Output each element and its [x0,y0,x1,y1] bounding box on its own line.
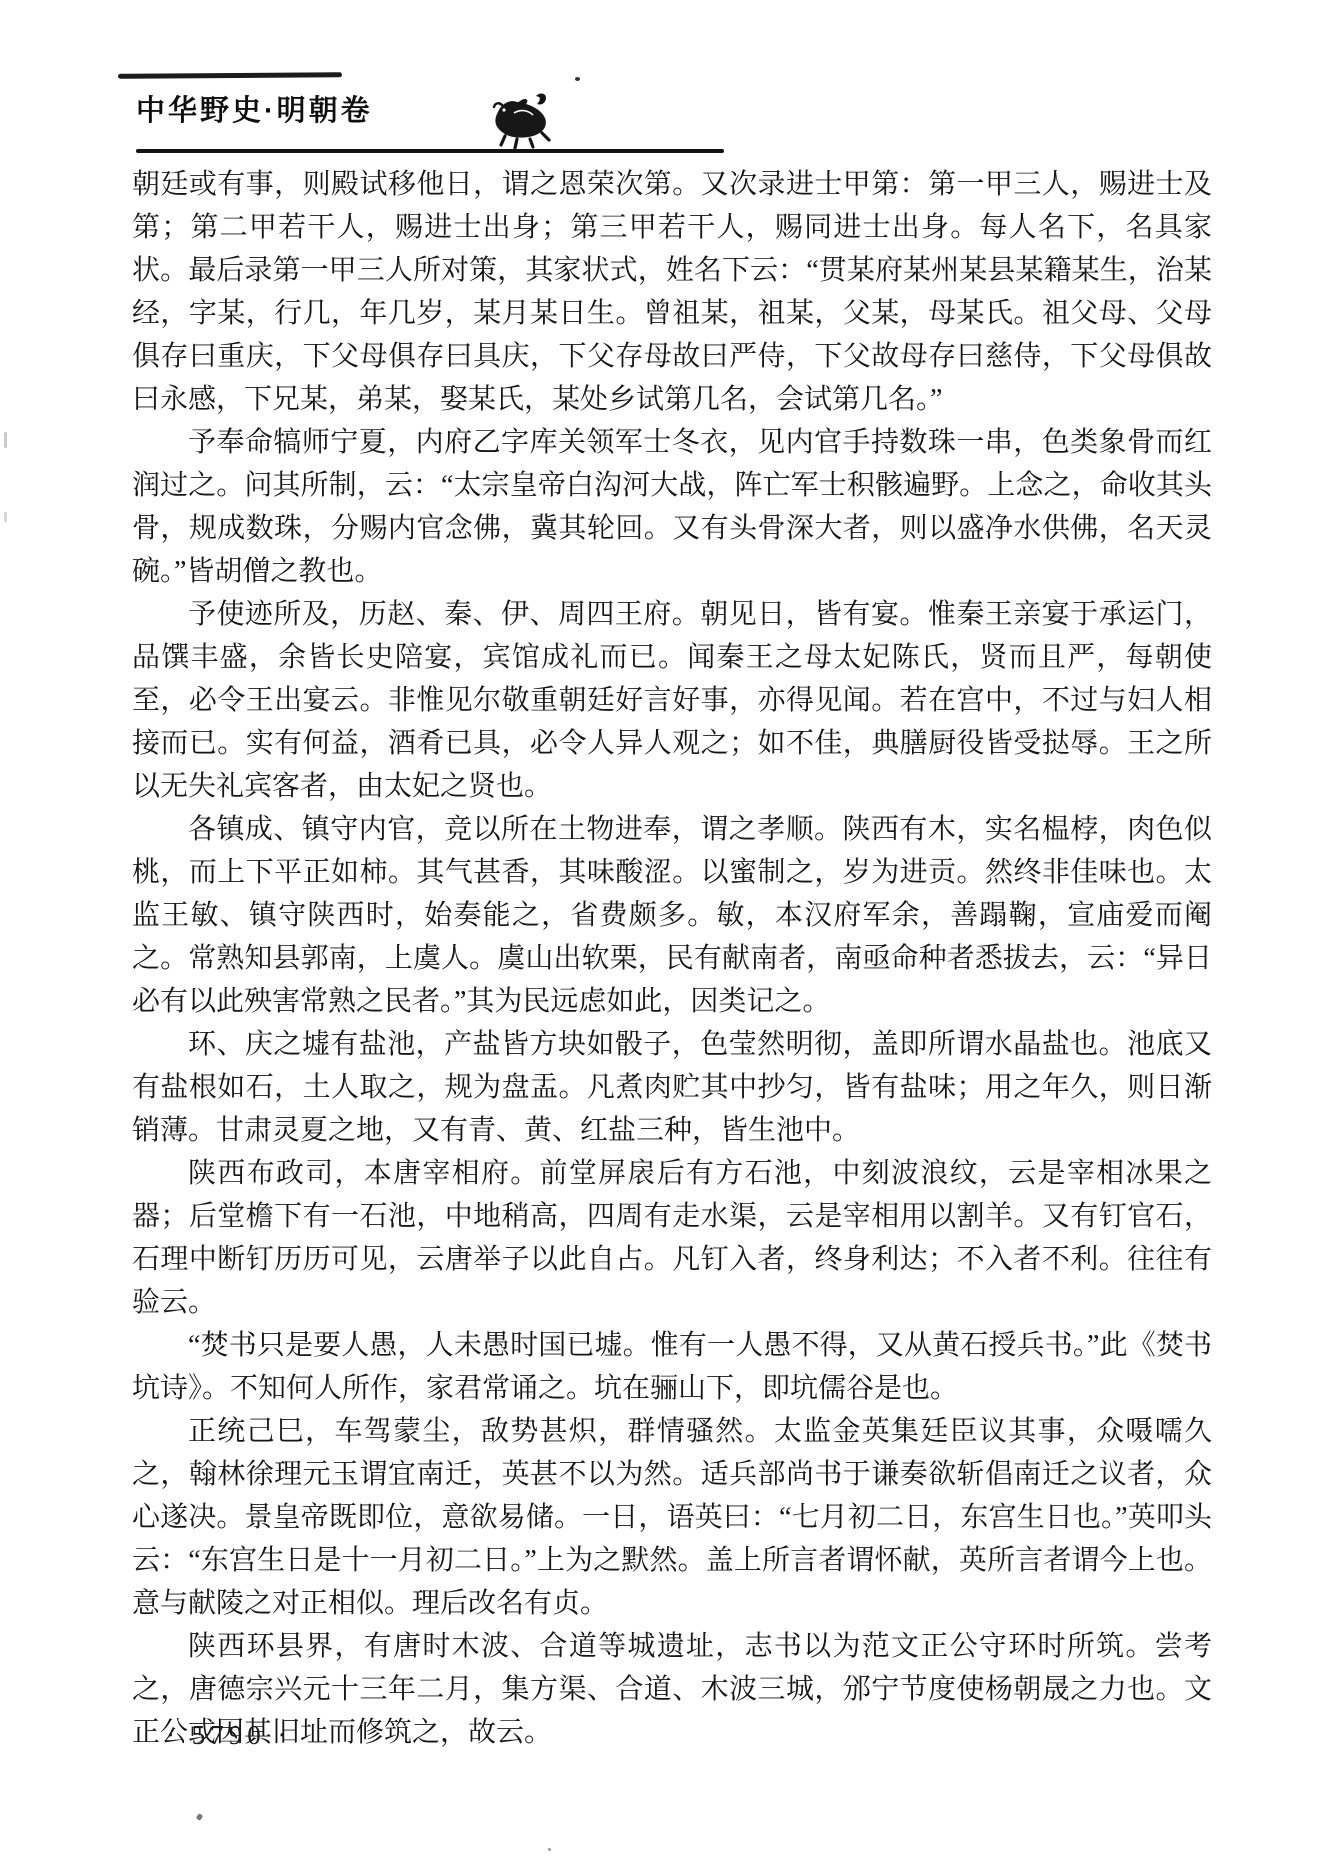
scan-artifact-dot [575,77,580,81]
book-title: 中华野史·明朝卷 [136,88,373,129]
dragon-illustration-icon [490,90,552,150]
paragraph: 正统己巳，车驾蒙尘，敌势甚炽，群情骚然。太监金英集廷臣议其事，众嗫嚅久之，翰林徐… [132,1410,1212,1625]
paragraph: 各镇成、镇守内官，竞以所在土物进奉，谓之孝顺。陕西有木，实名榅桲，肉色似桃，而上… [132,808,1212,1023]
scan-artifact-edge-mark [4,432,7,448]
header-rule [136,149,724,153]
paragraph: 予使迹所及，历赵、秦、伊、周四王府。朝见日，皆有宴。惟秦王亲宴于承运门，品馔丰盛… [132,593,1212,808]
paragraph: 朝廷或有事，则殿试移他日，谓之恩荣次第。又次录进士甲第：第一甲三人，赐进士及第；… [132,163,1212,421]
paragraph: 予奉命犒师宁夏，内府乙字库关领军士冬衣，见内官手持数珠一串，色类象骨而红润过之。… [132,421,1212,593]
paragraph: 陕西环县界，有唐时木波、合道等城遗址，志书以为范文正公守环时所筑。尝考之，唐德宗… [132,1625,1212,1754]
paragraph: 陕西布政司，本唐宰相府。前堂屏扆后有方石池，中刻波浪纹，云是宰相冰果之器；后堂檐… [132,1152,1212,1324]
scan-artifact-dot [548,1848,551,1851]
page-number: · 5790 · [166,1720,291,1751]
scan-artifact-tick [196,1813,204,1821]
scan-artifact-streak [118,72,342,79]
paragraph: 环、庆之墟有盐池，产盐皆方块如骰子，色莹然明彻，盖即所谓水晶盐也。池底又有盐根如… [132,1023,1212,1152]
scanned-page: 中华野史·明朝卷 朝廷或有事，则殿试移他日，谓之恩荣次第。又次录进士甲第：第一甲… [0,0,1322,1870]
paragraph: “焚书只是要人愚，人未愚时国已墟。惟有一人愚不得，又从黄石授兵书。”此《焚书坑诗… [132,1324,1212,1410]
scan-artifact-edge-mark [4,512,7,522]
page-body-text: 朝廷或有事，则殿试移他日，谓之恩荣次第。又次录进士甲第：第一甲三人，赐进士及第；… [132,163,1212,1754]
